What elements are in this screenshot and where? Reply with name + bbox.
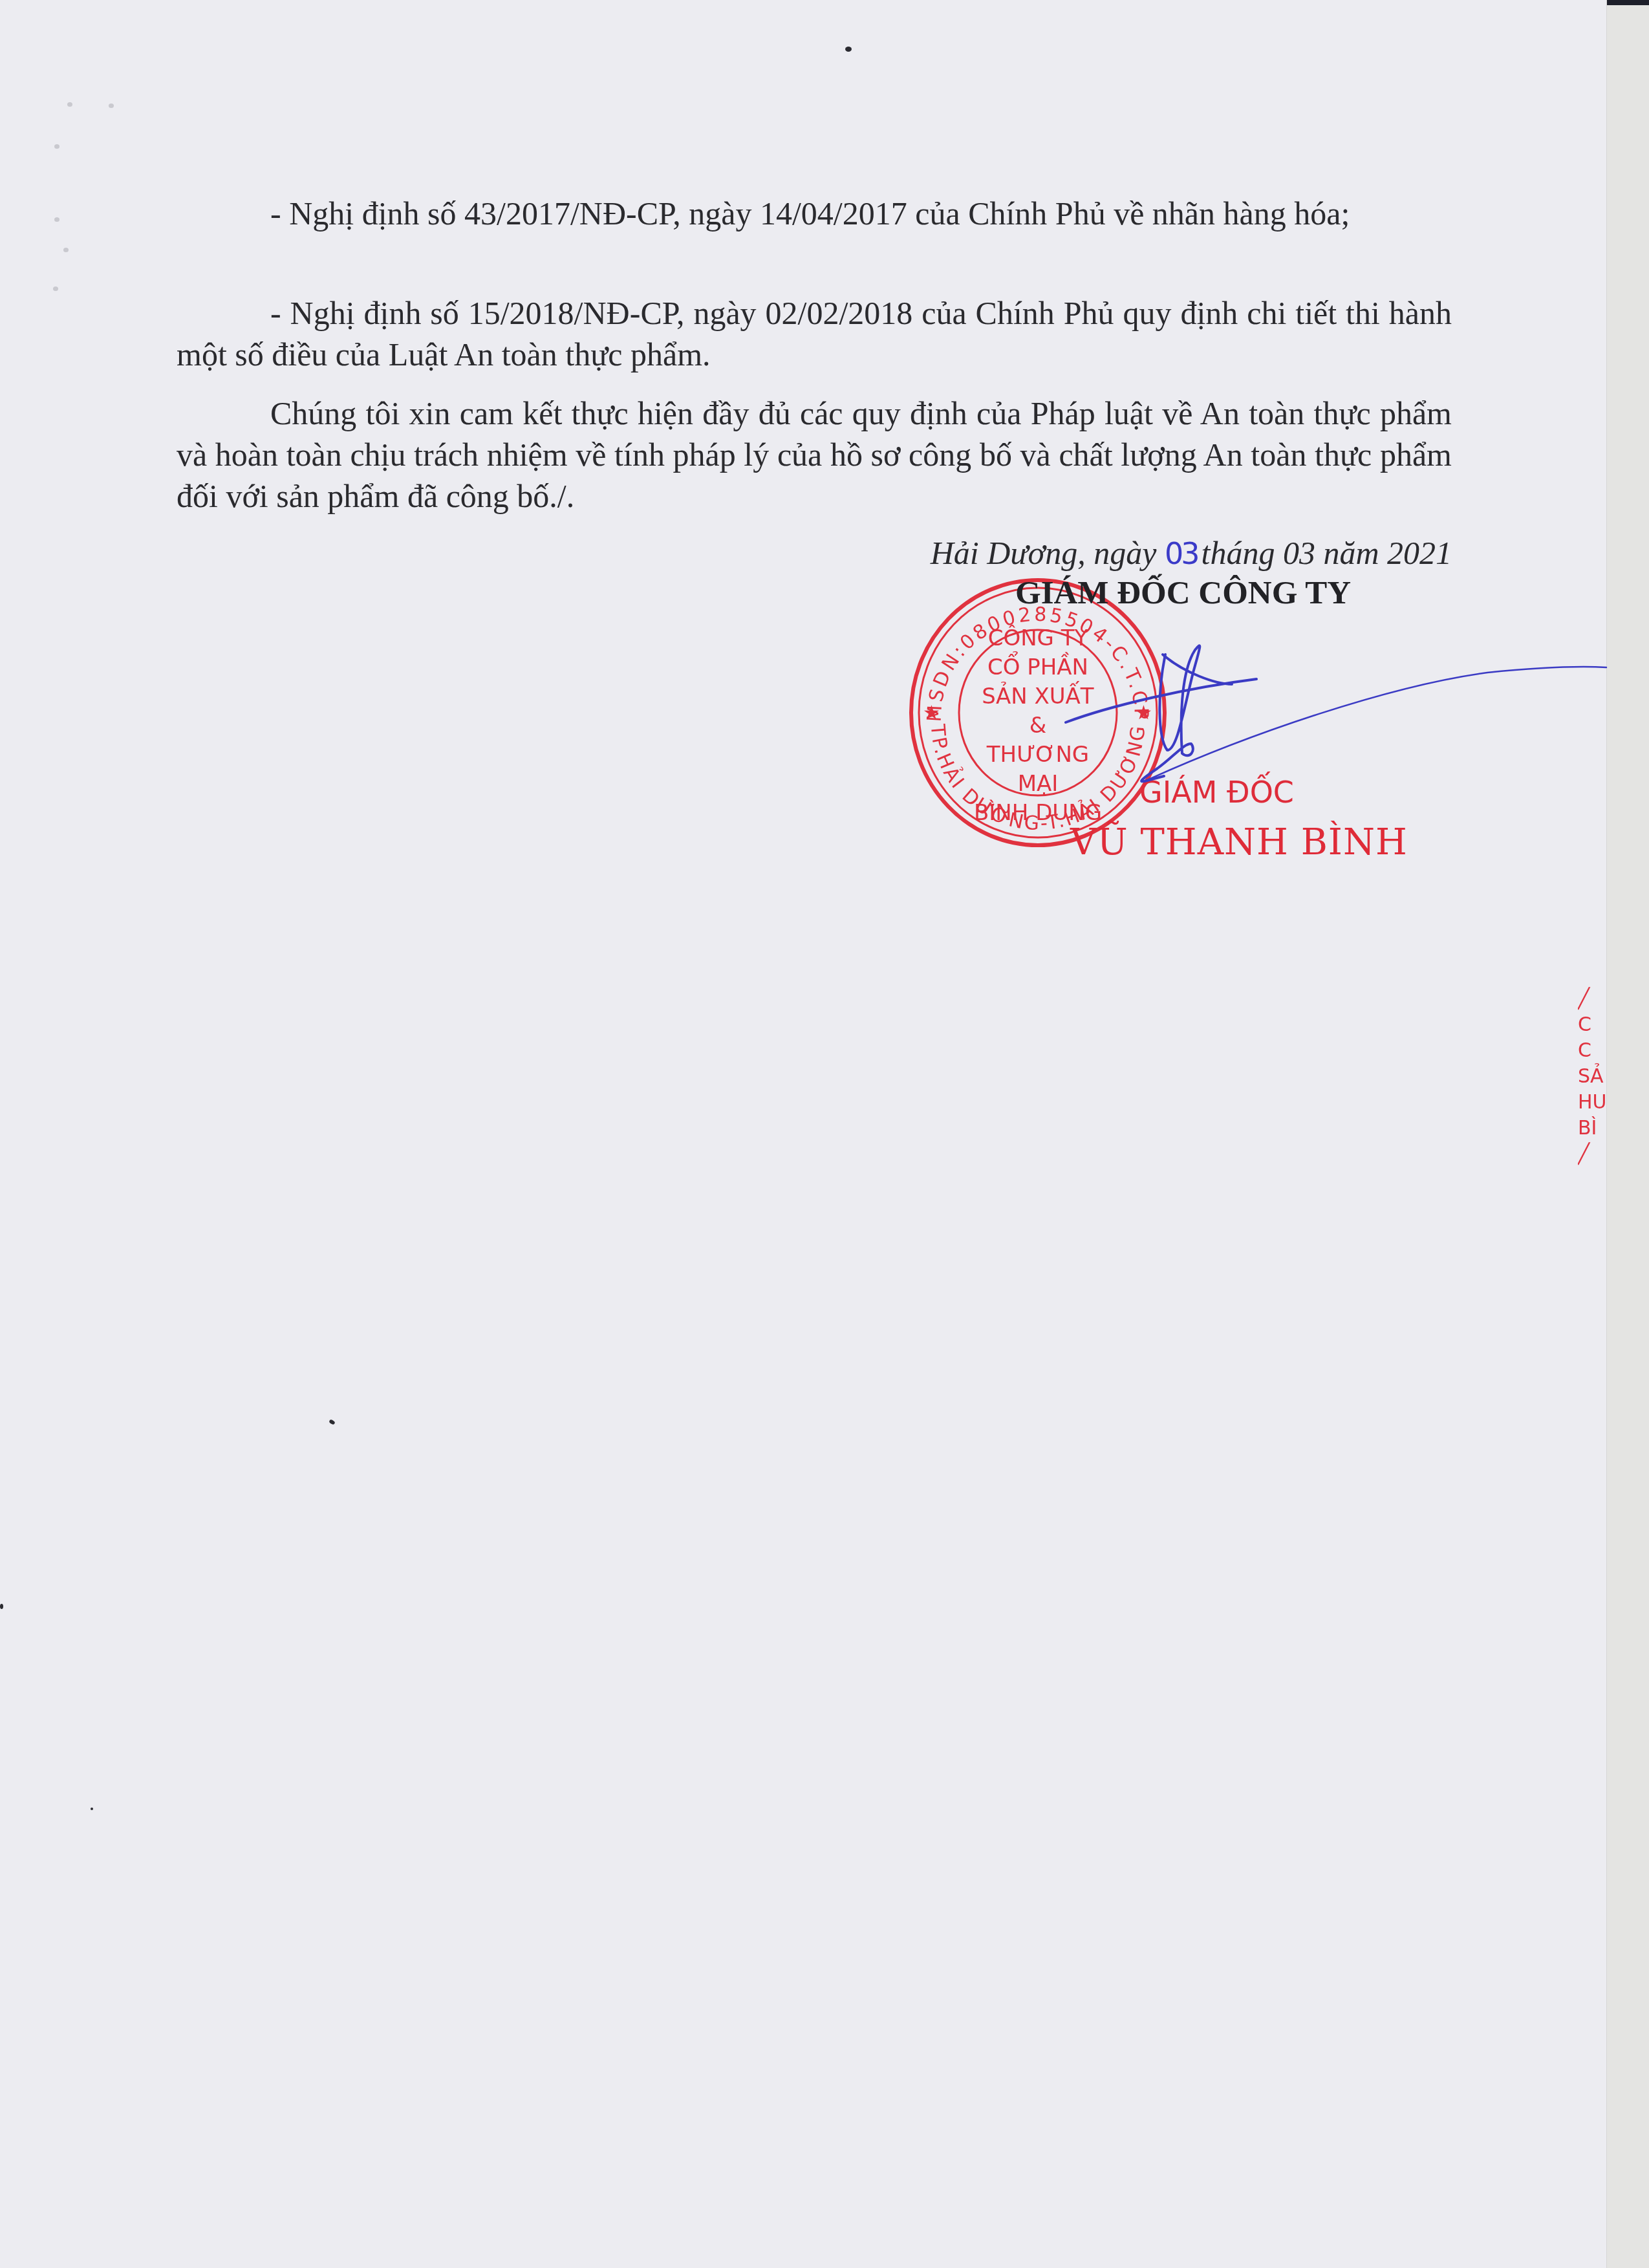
seal-center-text: CÔNG TY CỔ PHẦN SẢN XUẤT & THƯƠNG MẠI BÌ…: [970, 624, 1106, 828]
document-date: Hải Dương, ngày 03tháng 03 năm 2021: [899, 534, 1452, 572]
ink-speck: [91, 1808, 93, 1810]
edge-seal-line: HU: [1578, 1090, 1606, 1116]
paragraph-commitment: Chúng tôi xin cam kết thực hiện đầy đủ c…: [177, 393, 1452, 517]
seal-line: THƯƠNG MẠI: [970, 740, 1106, 799]
svg-text:★: ★: [923, 702, 940, 724]
ink-speck: [0, 1604, 3, 1609]
edge-seal-line: BÌ: [1578, 1116, 1606, 1141]
signer-name-stamp: VŨ THANH BÌNH: [1070, 821, 1408, 863]
edge-seal-line: C: [1578, 1012, 1606, 1038]
scanner-edge-corner: [1607, 0, 1649, 5]
signer-role-stamp: GIÁM ĐỐC: [1139, 775, 1294, 810]
svg-text:★: ★: [1135, 702, 1152, 724]
edge-seal-line: C: [1578, 1038, 1606, 1064]
seal-line: CÔNG TY: [970, 624, 1106, 653]
punch-mark: [53, 286, 58, 291]
date-suffix: tháng 03 năm 2021: [1202, 535, 1452, 571]
punch-mark: [67, 102, 72, 107]
edge-seal-line: ╱: [1578, 986, 1606, 1012]
edge-seal-line: SẢ: [1578, 1064, 1606, 1090]
date-place: Hải Dương, ngày: [931, 535, 1157, 571]
paragraph-text: Chúng tôi xin cam kết thực hiện đầy đủ c…: [177, 393, 1452, 517]
paragraph-text: - Nghị định số 43/2017/NĐ-CP, ngày 14/04…: [177, 193, 1452, 234]
punch-mark: [54, 217, 59, 222]
scanner-edge: [1606, 0, 1649, 2268]
seal-line: CỔ PHẦN: [970, 653, 1106, 682]
edge-seal-line: ╱: [1578, 1141, 1606, 1167]
paragraph-decree-43: - Nghị định số 43/2017/NĐ-CP, ngày 14/04…: [177, 193, 1452, 234]
punch-mark: [63, 248, 69, 252]
date-day-handwritten: 03: [1165, 536, 1198, 571]
paragraph-decree-15: - Nghị định số 15/2018/NĐ-CP, ngày 02/02…: [177, 292, 1452, 375]
ink-speck: [845, 47, 852, 52]
punch-mark: [109, 103, 114, 108]
edge-seal-fragment: ╱ C C SẢ HU BÌ ╱: [1578, 986, 1606, 1258]
paragraph-text: - Nghị định số 15/2018/NĐ-CP, ngày 02/02…: [177, 292, 1452, 375]
punch-mark: [54, 144, 59, 149]
signature-title: GIÁM ĐỐC CÔNG TY: [1015, 574, 1351, 612]
seal-line: SẢN XUẤT &: [970, 682, 1106, 740]
